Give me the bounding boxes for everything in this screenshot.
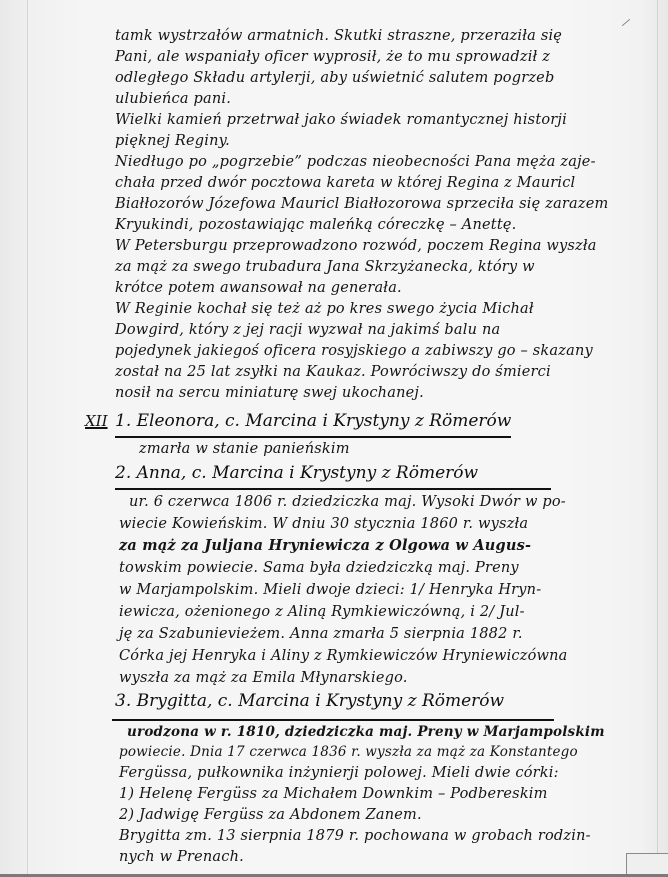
text-line: tamk wystrzałów armatnich. Skutki strasz… [115, 26, 562, 46]
text-line: wiecie Kowieńskim. W dniu 30 stycznia 18… [119, 514, 528, 534]
page-fold-line [27, 0, 28, 877]
text-line: Wielki kamień przetrwał jako świadek rom… [115, 110, 567, 130]
text-line: Pani, ale wspaniały oficer wyprosił, że … [115, 47, 550, 67]
text-line: W Reginie kochał się też aż po kres sweg… [115, 299, 534, 319]
entry-heading: 3. Brygitta, c. Marcina i Krystyny z Röm… [115, 690, 504, 712]
text-line: 1) Helenę Fergüss za Michałem Downkim – … [119, 784, 548, 804]
text-line: za mąż za Juljana Hryniewicza z Olgowa w… [119, 536, 531, 556]
text-line: chała przed dwór pocztowa kareta w które… [115, 173, 575, 193]
heading-underline [112, 719, 554, 721]
entry-heading: 2. Anna, c. Marcina i Krystyny z Römerów [115, 462, 478, 484]
text-line: Białłozorów Józefowa Mauricl Białłozorow… [115, 194, 608, 214]
text-line: 2) Jadwigę Fergüss za Abdonem Zanem. [119, 805, 422, 825]
text-line: towskim powiecie. Sama była dziedziczką … [119, 558, 519, 578]
text-line: Fergüssa, pułkownika inżynierji polowej.… [119, 763, 559, 783]
page-right-edge [657, 0, 658, 877]
text-line: iewicza, ożenionego z Aliną Rymkiewiczów… [119, 602, 525, 622]
heading-underline [115, 488, 551, 490]
section-marker: XII [85, 412, 108, 430]
text-line: nosił na sercu miniaturę swej ukochanej. [115, 383, 424, 403]
text-line: Brygitta zm. 13 sierpnia 1879 r. pochowa… [119, 826, 591, 846]
text-line: urodzona w r. 1810, dziedziczka maj. Pre… [127, 722, 605, 742]
text-line: odległego Składu artylerji, aby uświetni… [115, 68, 554, 88]
stray-pen-mark [622, 19, 630, 26]
text-line: Niedługo po „pogrzebie” podczas nieobecn… [115, 152, 596, 172]
text-line: Dowgird, który z jej racji wyzwał na jak… [115, 320, 500, 340]
text-line: krótce potem awansował na generała. [115, 278, 402, 298]
text-line: został na 25 lat zsyłki na Kaukaz. Powró… [115, 362, 551, 382]
text-line: W Petersburgu przeprowadzono rozwód, poc… [115, 236, 597, 256]
text-line: nych w Prenach. [119, 847, 244, 867]
text-line: Kryukindi, pozostawiając maleńką córeczk… [115, 215, 516, 235]
text-line: wyszła za mąż za Emila Młynarskiego. [119, 668, 408, 688]
text-line: w Marjampolskim. Mieli dwoje dzieci: 1/ … [119, 580, 541, 600]
heading-underline [115, 436, 511, 438]
text-line: zmarła w stanie panieńskim [139, 439, 350, 459]
entry-heading: 1. Eleonora, c. Marcina i Krystyny z Röm… [115, 410, 511, 432]
text-line: ulubieńca pani. [115, 89, 231, 109]
text-line: powiecie. Dnia 17 czerwca 1836 r. wyszła… [119, 742, 578, 762]
text-line: pojedynek jakiegoś oficera rosyjskiego a… [115, 341, 593, 361]
text-line: za mąż za swego trubadura Jana Skrzyżane… [115, 257, 535, 277]
text-line: ur. 6 czerwca 1806 r. dziedziczka maj. W… [129, 492, 566, 512]
manuscript-page: tamk wystrzałów armatnich. Skutki strasz… [0, 0, 668, 877]
text-line: ję za Szabunievieżem. Anna zmarła 5 sier… [119, 624, 523, 644]
text-line: Córka jej Henryka i Aliny z Rymkiewiczów… [119, 646, 568, 666]
text-line: pięknej Reginy. [115, 131, 230, 151]
